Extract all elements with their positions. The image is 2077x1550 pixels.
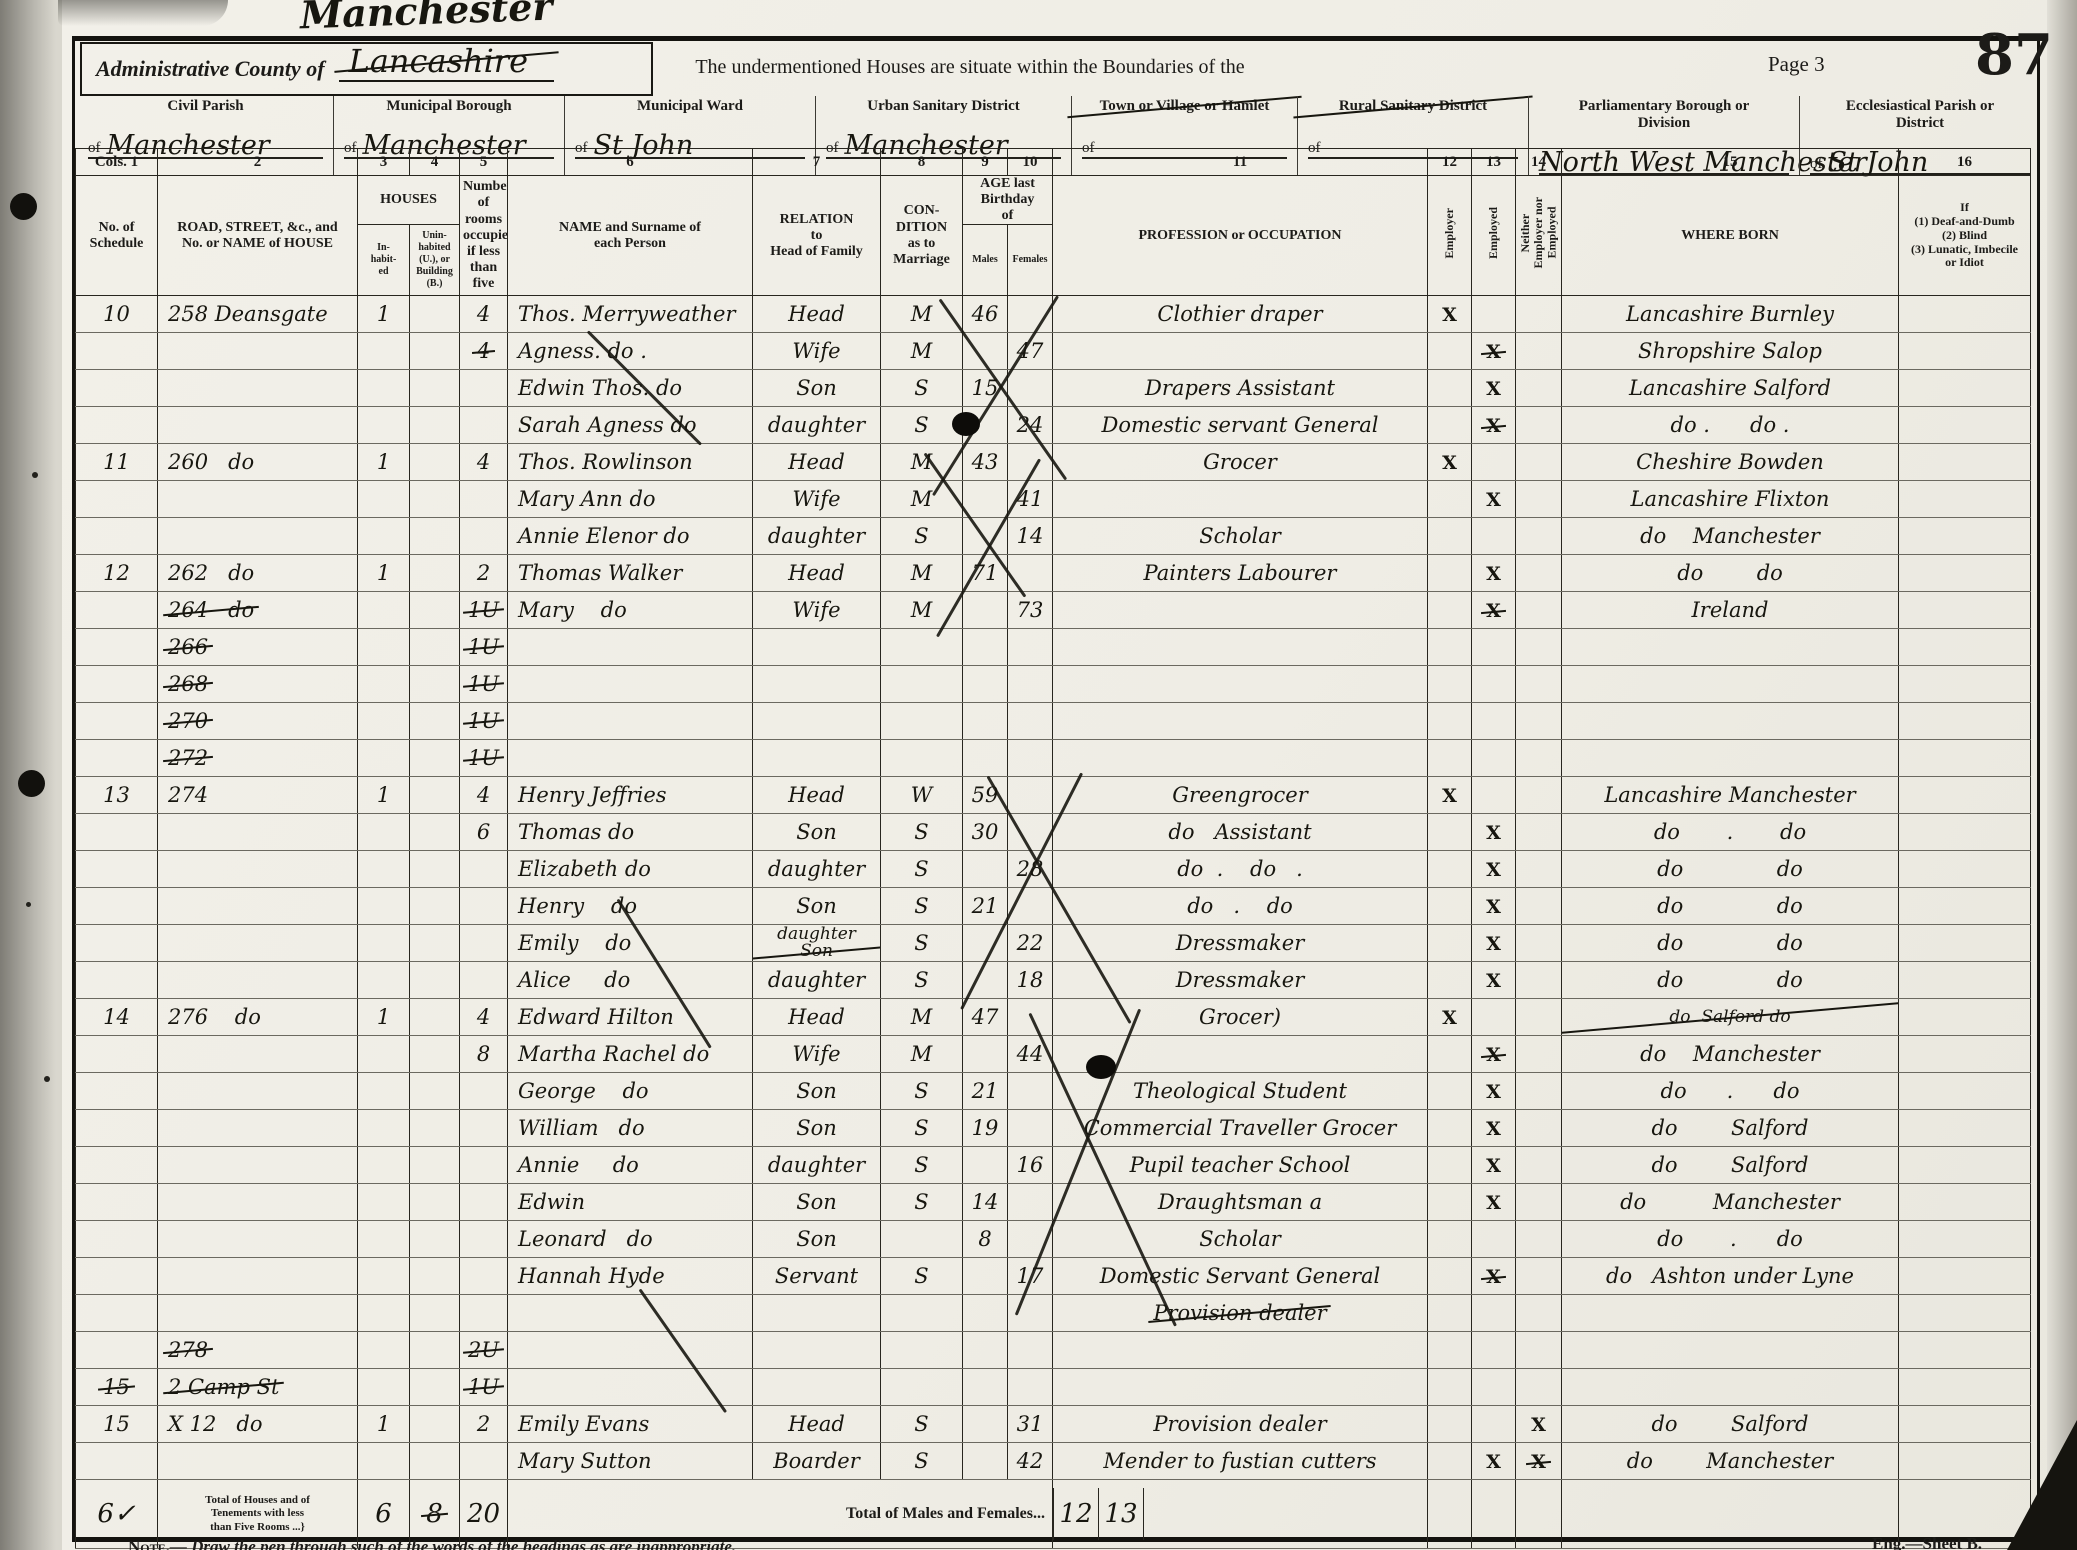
cell-schedule <box>76 592 158 629</box>
cell-where-born: do Salford do <box>1562 999 1899 1036</box>
cell-uninhabited <box>410 1073 460 1110</box>
handwritten-entry: X <box>1531 1451 1546 1473</box>
cell-age-female <box>1008 1073 1053 1110</box>
cell-rooms: 1U <box>460 666 508 703</box>
handwritten-entry: S <box>914 1449 928 1473</box>
cell-schedule: 11 <box>76 444 158 481</box>
cell-infirmities <box>1899 407 2031 444</box>
handwritten-entry: 11 <box>103 450 130 474</box>
handwritten-entry: Alice do <box>518 968 630 992</box>
cell-occupation: do Assistant <box>1053 814 1428 851</box>
cell-road <box>158 1258 358 1295</box>
cell-uninhabited <box>410 1369 460 1406</box>
cell-neither <box>1516 407 1562 444</box>
cell-age-male <box>963 851 1008 888</box>
cell-inhabited: 1 <box>358 555 410 592</box>
cell-name: Martha Rachel do <box>508 1036 753 1073</box>
handwritten-entry: Head <box>788 1412 845 1436</box>
cell-uninhabited <box>410 925 460 962</box>
table-row: 2681U <box>76 666 2031 703</box>
handwritten-entry: M <box>911 339 933 363</box>
cell-occupation: Drapers Assistant <box>1053 370 1428 407</box>
cell-age-female: 22 <box>1008 925 1053 962</box>
cell-schedule: 12 <box>76 555 158 592</box>
col-number: 7 <box>753 149 881 176</box>
cell-employed <box>1472 777 1516 814</box>
cell-rooms <box>460 481 508 518</box>
cell-uninhabited <box>410 999 460 1036</box>
administrative-county-label: Administrative County of <box>96 56 325 82</box>
cell-road: 262 do <box>158 555 358 592</box>
cell-occupation: do . do <box>1053 888 1428 925</box>
handwritten-entry: daughter <box>768 524 865 548</box>
header-neither: Neither Employer nor Employed <box>1516 176 1562 296</box>
handwritten-entry: X 12 do <box>168 1412 262 1436</box>
handwritten-entry: Thomas do <box>518 820 634 844</box>
handwritten-entry: do do <box>1657 968 1803 992</box>
cell-condition <box>881 1221 963 1258</box>
cell-condition: S <box>881 814 963 851</box>
cell-relation <box>753 629 881 666</box>
cell-age-female: 16 <box>1008 1147 1053 1184</box>
cell-relation: daughter <box>753 851 881 888</box>
handwritten-entry: 264 do <box>168 598 254 622</box>
cell-neither <box>1516 851 1562 888</box>
handwritten-entry: 15 <box>103 1375 130 1399</box>
cell-uninhabited <box>410 1184 460 1221</box>
total-males-value: 12 <box>1059 1499 1092 1529</box>
cell-schedule <box>76 1221 158 1258</box>
cell-condition: S <box>881 1443 963 1480</box>
cell-infirmities <box>1899 592 2031 629</box>
col-number: 14 <box>1516 149 1562 176</box>
cell-employer <box>1428 740 1472 777</box>
cell-rooms: 4 <box>460 333 508 370</box>
handwritten-entry: 278 <box>168 1338 208 1362</box>
handwritten-entry: Dressmaker <box>1176 968 1304 992</box>
cell-condition: S <box>881 888 963 925</box>
cell-inhabited <box>358 407 410 444</box>
handwritten-entry: S <box>914 1153 928 1177</box>
district-label: Parliamentary Borough or Division <box>1529 98 1799 131</box>
handwritten-entry: Son <box>796 1227 837 1251</box>
cell-relation <box>753 1369 881 1406</box>
cell-condition: M <box>881 333 963 370</box>
cell-age-male <box>963 481 1008 518</box>
cell-employer <box>1428 666 1472 703</box>
cell-infirmities <box>1899 1110 2031 1147</box>
handwritten-entry: 1 <box>377 561 390 585</box>
cell-uninhabited <box>410 851 460 888</box>
cell-employer <box>1428 925 1472 962</box>
cell-age-female <box>1008 666 1053 703</box>
cell-where-born: do Salford <box>1562 1147 1899 1184</box>
cell-schedule <box>76 1184 158 1221</box>
cell-road: 278 <box>158 1332 358 1369</box>
cell-employed <box>1472 1406 1516 1443</box>
handwritten-entry: M <box>911 302 933 326</box>
cell-road: 276 do <box>158 999 358 1036</box>
cell-employed <box>1472 296 1516 333</box>
cell-relation <box>753 1295 881 1332</box>
cell-age-female <box>1008 1369 1053 1406</box>
handwritten-entry: 1 <box>377 1005 390 1029</box>
cell-uninhabited <box>410 1221 460 1258</box>
handwritten-entry: Elizabeth do <box>518 857 651 881</box>
handwritten-entry: Clothier draper <box>1157 302 1322 326</box>
cell-relation: Wife <box>753 481 881 518</box>
handwritten-entry: 2U <box>468 1338 499 1362</box>
handwritten-entry: 1 <box>377 302 390 326</box>
cell-where-born: do Salford <box>1562 1406 1899 1443</box>
cell-rooms: 1U <box>460 629 508 666</box>
cell-age-male <box>963 1258 1008 1295</box>
cell-neither <box>1516 444 1562 481</box>
handwritten-entry: X <box>1486 341 1501 363</box>
cell-neither <box>1516 1073 1562 1110</box>
cell-road: X 12 do <box>158 1406 358 1443</box>
table-row: Mary SuttonBoarderS42Mender to fustian c… <box>76 1443 2031 1480</box>
cell-age-female: 73 <box>1008 592 1053 629</box>
district-label: Municipal Ward <box>565 98 815 115</box>
cell-schedule <box>76 851 158 888</box>
cell-employed: X <box>1472 925 1516 962</box>
cell-condition: S <box>881 851 963 888</box>
ink-speck <box>44 1076 50 1082</box>
cell-name: Leonard do <box>508 1221 753 1258</box>
cell-condition: M <box>881 444 963 481</box>
header-condition: CON- DITION as to Marriage <box>881 176 963 296</box>
handwritten-entry: George do <box>518 1079 649 1103</box>
cell-age-male: 43 <box>963 444 1008 481</box>
handwritten-entry: 270 <box>168 709 208 733</box>
header-name: NAME and Surname of each Person <box>508 176 753 296</box>
cell-road <box>158 925 358 962</box>
cell-employed <box>1472 1369 1516 1406</box>
table-row: Elizabeth dodaughterS28do . do .Xdo do <box>76 851 2031 888</box>
cell-total-empty <box>1516 1480 1562 1549</box>
cell-occupation: Clothier draper <box>1053 296 1428 333</box>
handwritten-entry: do Ashton under Lyne <box>1606 1264 1854 1288</box>
cell-name: Edward Hilton <box>508 999 753 1036</box>
cell-condition: S <box>881 407 963 444</box>
scan-corner-tear <box>2007 1420 2077 1550</box>
cell-condition <box>881 629 963 666</box>
handwritten-entry: do Manchester <box>1640 1042 1820 1066</box>
cell-infirmities <box>1899 1221 2031 1258</box>
cell-schedule: 15 <box>76 1406 158 1443</box>
cell-relation: Son <box>753 888 881 925</box>
cell-where-born: Shropshire Salop <box>1562 333 1899 370</box>
cell-neither: X <box>1516 1406 1562 1443</box>
cell-uninhabited <box>410 518 460 555</box>
table-row: EdwinSonS14Draughtsman aXdo Manchester <box>76 1184 2031 1221</box>
handwritten-entry: Henry Jeffries <box>518 783 667 807</box>
cell-employer <box>1428 1073 1472 1110</box>
cell-rooms: 1U <box>460 740 508 777</box>
col-number: 9 <box>963 149 1008 176</box>
total-schedule-value: 6✓ <box>97 1499 135 1529</box>
cell-road: 268 <box>158 666 358 703</box>
handwritten-entry: X <box>1486 1155 1501 1177</box>
cell-inhabited <box>358 1147 410 1184</box>
cell-condition <box>881 666 963 703</box>
cell-name: Thomas do <box>508 814 753 851</box>
district-label: Urban Sanitary District <box>816 98 1071 115</box>
cell-inhabited <box>358 962 410 999</box>
cell-name: Elizabeth do <box>508 851 753 888</box>
handwritten-entry: 10 <box>103 302 130 326</box>
cell-occupation <box>1053 1369 1428 1406</box>
cell-age-male: 46 <box>963 296 1008 333</box>
handwritten-entry: Lancashire Salford <box>1629 376 1831 400</box>
total-inhabited-value: 6 <box>375 1499 392 1529</box>
cell-road <box>158 1184 358 1221</box>
cell-occupation: Grocer <box>1053 444 1428 481</box>
sheet-label: Eng.—Sheet B. <box>1872 1534 1982 1550</box>
handwritten-entry: 19 <box>972 1116 999 1140</box>
cell-inhabited <box>358 814 410 851</box>
cell-employer <box>1428 1443 1472 1480</box>
cell-employed <box>1472 1332 1516 1369</box>
cell-employer <box>1428 703 1472 740</box>
cell-schedule <box>76 703 158 740</box>
cell-road <box>158 1110 358 1147</box>
handwritten-entry: 1U <box>468 672 499 696</box>
district-label: Municipal Borough <box>334 98 564 115</box>
column-numbers-row: Cols. 1 2 3 4 5 6 7 8 9 10 11 12 13 14 1… <box>76 149 2031 176</box>
cell-uninhabited <box>410 1258 460 1295</box>
cell-occupation <box>1053 1332 1428 1369</box>
handwritten-entry: X <box>1486 489 1501 511</box>
header-age-group: AGE last Birthday of <box>963 176 1053 225</box>
cell-where-born: do . do . <box>1562 407 1899 444</box>
cell-where-born: Ireland <box>1562 592 1899 629</box>
cell-name: Sarah Agness do <box>508 407 753 444</box>
cell-relation: Head <box>753 296 881 333</box>
cell-road: 266 <box>158 629 358 666</box>
cell-neither <box>1516 1369 1562 1406</box>
cell-where-born: do . do <box>1562 814 1899 851</box>
handwritten-entry: X <box>1486 970 1501 992</box>
cell-where-born <box>1562 629 1899 666</box>
handwritten-entry: Scholar <box>1199 1227 1281 1251</box>
cell-infirmities <box>1899 1073 2031 1110</box>
column-headers-row: No. of Schedule ROAD, STREET, &c., and N… <box>76 176 2031 225</box>
handwritten-entry: M <box>911 561 933 585</box>
total-males-females-label: Total of Males and Females... <box>846 1505 1045 1523</box>
handwritten-entry: Thomas Walker <box>518 561 682 585</box>
handwritten-entry: S <box>914 820 928 844</box>
cell-road <box>158 1295 358 1332</box>
handwritten-entry: do Manchester <box>1620 1190 1840 1214</box>
cell-name: Henry Jeffries <box>508 777 753 814</box>
handwritten-entry: X <box>1486 1118 1501 1140</box>
cell-road: 270 <box>158 703 358 740</box>
cell-age-female: 31 <box>1008 1406 1053 1443</box>
cell-employed: X <box>1472 851 1516 888</box>
cell-uninhabited <box>410 777 460 814</box>
handwritten-entry: 31 <box>1017 1412 1044 1436</box>
cell-relation: daughter <box>753 518 881 555</box>
col-number: Cols. 1 <box>76 149 158 176</box>
cell-employer <box>1428 888 1472 925</box>
cell-infirmities <box>1899 703 2031 740</box>
col-number: 2 <box>158 149 358 176</box>
handwritten-entry: 42 <box>1017 1449 1044 1473</box>
handwritten-entry: do Salford <box>1651 1116 1808 1140</box>
cell-rooms: 1U <box>460 1369 508 1406</box>
handwritten-entry: Henry do <box>518 894 637 918</box>
cell-age-male: 21 <box>963 888 1008 925</box>
cell-name: Edwin <box>508 1184 753 1221</box>
handwritten-entry: 13 <box>103 783 130 807</box>
cell-road <box>158 1036 358 1073</box>
cell-schedule <box>76 1147 158 1184</box>
cell-neither <box>1516 703 1562 740</box>
cell-where-born <box>1562 666 1899 703</box>
cell-rooms: 4 <box>460 296 508 333</box>
cell-inhabited: 1 <box>358 296 410 333</box>
header-uninhabited: Unin- habited (U.), or Building (B.) <box>410 225 460 296</box>
total-females-value: 13 <box>1104 1499 1137 1529</box>
handwritten-entry: Head <box>788 302 845 326</box>
handwritten-entry: 16 <box>1017 1153 1044 1177</box>
cell-occupation: Provision dealer <box>1053 1295 1428 1332</box>
table-row: George doSonS21Theological StudentXdo . … <box>76 1073 2031 1110</box>
table-row: Edwin Thos. doSonS15Drapers AssistantXLa… <box>76 370 2031 407</box>
handwritten-entry: daughter <box>768 413 865 437</box>
cell-rooms <box>460 1258 508 1295</box>
cell-relation: Son <box>753 1184 881 1221</box>
cell-inhabited <box>358 481 410 518</box>
total-houses-label: Total of Houses and of Tenements with le… <box>161 1494 354 1535</box>
cell-neither <box>1516 370 1562 407</box>
handwritten-entry: Wife <box>792 339 840 363</box>
cell-where-born: Lancashire Manchester <box>1562 777 1899 814</box>
cell-age-male <box>963 1443 1008 1480</box>
cell-condition <box>881 1332 963 1369</box>
handwritten-entry: 73 <box>1017 598 1044 622</box>
cell-age-female: 42 <box>1008 1443 1053 1480</box>
cell-employed: X <box>1472 1073 1516 1110</box>
cell-inhabited <box>358 1036 410 1073</box>
cell-rooms <box>460 962 508 999</box>
cell-rooms <box>460 1147 508 1184</box>
handwritten-entry: S <box>914 894 928 918</box>
header-employer-label: Employer <box>1443 208 1456 259</box>
cell-road <box>158 1073 358 1110</box>
handwritten-entry: 2 <box>477 561 490 585</box>
footer-note-text: — Draw the pen through such of the words… <box>170 1537 736 1550</box>
col-number: 6 <box>508 149 753 176</box>
cell-schedule <box>76 1332 158 1369</box>
cell-condition: S <box>881 1147 963 1184</box>
cell-inhabited <box>358 1332 410 1369</box>
handwritten-entry: 1 <box>377 1412 390 1436</box>
cell-employed <box>1472 444 1516 481</box>
cell-relation <box>753 703 881 740</box>
page-number-label: Page 3 <box>1768 52 1825 77</box>
punch-hole <box>18 770 45 797</box>
handwritten-entry: X <box>1486 600 1501 622</box>
cell-neither <box>1516 1295 1562 1332</box>
header-age-males: Males <box>963 225 1008 296</box>
cell-inhabited <box>358 629 410 666</box>
cell-employer <box>1428 333 1472 370</box>
cell-neither <box>1516 962 1562 999</box>
cell-neither <box>1516 518 1562 555</box>
cell-relation: Head <box>753 555 881 592</box>
cell-infirmities <box>1899 1295 2031 1332</box>
handwritten-entry: 14 <box>1017 524 1044 548</box>
cell-employer <box>1428 1369 1472 1406</box>
cell-uninhabited <box>410 666 460 703</box>
handwritten-entry: 2 <box>477 1412 490 1436</box>
cell-inhabited: 1 <box>358 777 410 814</box>
cell-employed: X <box>1472 1184 1516 1221</box>
cell-condition: S <box>881 1184 963 1221</box>
handwritten-entry: 44 <box>1017 1042 1044 1066</box>
handwritten-entry: Head <box>788 561 845 585</box>
cell-infirmities <box>1899 814 2031 851</box>
scan-smudge <box>58 0 228 26</box>
handwritten-entry: S <box>914 931 928 955</box>
census-table: Cols. 1 2 3 4 5 6 7 8 9 10 11 12 13 14 1… <box>75 148 2031 1549</box>
handwritten-entry: X <box>1531 1414 1546 1436</box>
table-row: 2661U <box>76 629 2031 666</box>
cell-employed: X <box>1472 370 1516 407</box>
cell-infirmities <box>1899 1258 2031 1295</box>
handwritten-entry: 14 <box>972 1190 999 1214</box>
cell-employer <box>1428 481 1472 518</box>
handwritten-entry: do Salford <box>1651 1153 1808 1177</box>
cell-inhabited <box>358 518 410 555</box>
cell-uninhabited <box>410 592 460 629</box>
cell-employer <box>1428 1295 1472 1332</box>
cell-age-male <box>963 740 1008 777</box>
cell-employer <box>1428 629 1472 666</box>
table-row: Alice dodaughterS18DressmakerXdo do <box>76 962 2031 999</box>
handwritten-entry: X <box>1486 563 1501 585</box>
cell-inhabited <box>358 592 410 629</box>
cell-infirmities <box>1899 999 2031 1036</box>
cell-occupation: Theological Student <box>1053 1073 1428 1110</box>
cell-uninhabited <box>410 555 460 592</box>
handwritten-entry: Scholar <box>1199 524 1281 548</box>
cell-road: 2 Camp St <box>158 1369 358 1406</box>
handwritten-entry: Hannah Hyde <box>518 1264 665 1288</box>
cell-occupation: Scholar <box>1053 518 1428 555</box>
header-road: ROAD, STREET, &c., and No. or NAME of HO… <box>158 176 358 296</box>
cell-condition <box>881 740 963 777</box>
cell-schedule <box>76 925 158 962</box>
cell-neither <box>1516 814 1562 851</box>
handwritten-entry: Wife <box>792 598 840 622</box>
cell-age-female <box>1008 1110 1053 1147</box>
cell-neither <box>1516 555 1562 592</box>
cell-schedule <box>76 888 158 925</box>
cell-age-female: 18 <box>1008 962 1053 999</box>
cell-condition: W <box>881 777 963 814</box>
cell-where-born: do Manchester <box>1562 1443 1899 1480</box>
cell-relation: daughter <box>753 962 881 999</box>
cell-relation: Son <box>753 1073 881 1110</box>
handwritten-entry: Mender to fustian cutters <box>1103 1449 1376 1473</box>
cell-age-male: 14 <box>963 1184 1008 1221</box>
cell-inhabited <box>358 925 410 962</box>
table-row: Mary Ann doWifeM41XLancashire Flixton <box>76 481 2031 518</box>
